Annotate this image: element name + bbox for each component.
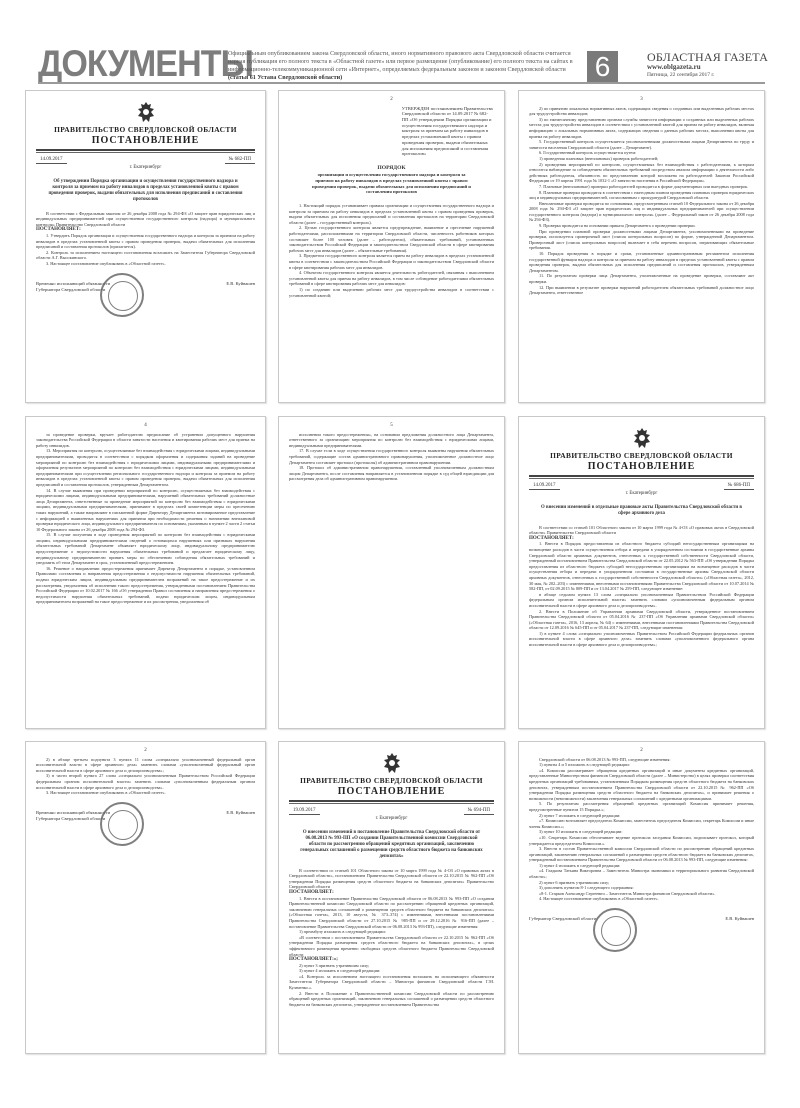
paragraph: за проведение проверки, вручает работода… (36, 432, 255, 449)
date-number-line: 19.09.2017№ 694-ПП (289, 807, 494, 815)
paragraph: 16. Решение о направлении предостережени… (36, 566, 255, 605)
document-type: ПОСТАНОВЛЕНИЕ (36, 134, 255, 147)
page-number-label: 5 (289, 423, 494, 429)
coat-of-arms-icon (381, 752, 403, 774)
section-heading: ПОРЯДОК (289, 165, 494, 172)
document-date: 19.09.2017 (289, 807, 320, 815)
paragraph: 1) по созданию или выделению рабочих мес… (289, 287, 494, 298)
header-rule-thin (529, 478, 754, 479)
paragraph: 3. Настоящее постановление опубликовать … (36, 261, 255, 267)
paragraph: 1. Настоящий порядок устанавливает прави… (289, 203, 494, 225)
paragraph: 12. При выявлении в результате проверки … (529, 285, 754, 296)
document-682-page-2: 2УТВЕРЖДЕН постановлением Правительства … (278, 90, 505, 403)
paragraph: 1. Внести в постановление Правительства … (289, 896, 494, 930)
publication-notice: Официальным опубликованием закона Свердл… (228, 51, 573, 73)
paragraph: 8. Плановые проверки проводятся в соотве… (529, 190, 754, 201)
document-694-page-1: ПРАВИТЕЛЬСТВО СВЕРДЛОВСКОЙ ОБЛАСТИПОСТАН… (278, 741, 505, 1054)
paragraph: В соответствии с Федеральным законом от … (36, 211, 255, 228)
official-seal-icon (100, 273, 144, 317)
document-type: ПОСТАНОВЛЕНИЕ (529, 460, 754, 473)
paragraph: 2) проведения мероприятий по контролю, о… (529, 162, 754, 184)
signature-block: Временно исполняющий обязанности Губерна… (36, 281, 255, 293)
government-name: ПРАВИТЕЛЬСТВО СВЕРДЛОВСКОЙ ОБЛАСТИ (289, 776, 494, 785)
paragraph: 13. Мероприятия по контролю, осуществляе… (36, 448, 255, 487)
section-title: ДОКУМЕНТЫ (38, 46, 253, 82)
paragraph: 18. Протокол об административном правона… (289, 465, 494, 482)
document-type: ПОСТАНОВЛЕНИЕ (289, 785, 494, 798)
government-name: ПРАВИТЕЛЬСТВО СВЕРДЛОВСКОЙ ОБЛАСТИ (36, 125, 255, 134)
paragraph: «7. Комиссию возглавляет председатель Ко… (529, 818, 754, 829)
paragraph: «4. Гладкова Татьяна Викторовна – Замест… (529, 868, 754, 879)
issue-date: Пятница, 22 сентября 2017 г. (647, 72, 714, 78)
coat-of-arms-icon (135, 101, 157, 123)
date-number-line: 14.09.2017№ 686-ПП (529, 482, 754, 490)
paragraph: 2. Контроль за исполнением настоящего по… (36, 250, 255, 261)
document-date: 14.09.2017 (36, 156, 67, 164)
document-686-page-2: 22) в абзаце третьем подпункта 3 пункта … (25, 741, 266, 1054)
date-number-line: 14.09.2017№ 682-ПП (36, 156, 255, 164)
paragraph: в абзаце седьмом пункта 13 слова «специа… (529, 592, 754, 609)
header-rule (36, 149, 255, 151)
official-seal-icon (593, 908, 637, 952)
document-682-page-5: 5исполнении такого предостережения», на … (278, 416, 505, 729)
document-682-page-1: ПРАВИТЕЛЬСТВО СВЕРДЛОВСКОЙ ОБЛАСТИПОСТАН… (25, 90, 266, 403)
paragraph: исполнении такого предостережения», на о… (289, 432, 494, 449)
header-rule (289, 800, 494, 802)
paragraph: 3. Настоящее постановление опубликовать … (36, 790, 255, 796)
page-number-label: 2 (529, 748, 754, 754)
paragraph: 3) в части второй пункта 27 слова «специ… (36, 773, 255, 790)
paragraph: 10. Порядок проведения в порядке и сроки… (529, 251, 754, 273)
document-682-page-4: 4за проведение проверки, вручает работод… (25, 416, 266, 729)
paragraph: 4. Настоящее постановление опубликовать … (529, 896, 754, 902)
section-subheading: организации и осуществления государствен… (309, 172, 474, 195)
signature-block: Временно исполняющий обязанности Губерна… (36, 810, 255, 822)
document-title: О внесении изменений в отдельные правовы… (539, 505, 744, 517)
paragraph: 4. Объектом государственного контроля яв… (289, 270, 494, 287)
document-city: г. Екатеринбург (289, 816, 494, 822)
paragraph: 3. Предметом государственного контроля я… (289, 253, 494, 270)
paragraph: 2. Внести в Положение об Управлении архи… (529, 609, 754, 631)
paragraph: «В соответствии с постановлением Правите… (289, 935, 494, 957)
paragraph: 5. Государственный контроль осуществляет… (529, 139, 754, 150)
paragraph: В соответствии со статьей 101 Областного… (529, 525, 754, 536)
paragraph: «10. Секретарь Комиссии обеспечивает вед… (529, 835, 754, 846)
document-682-page-3: 32) по принятию локальных нормативных ак… (518, 90, 765, 403)
paragraph: 5. По результатам рассмотрения обращений… (529, 801, 754, 812)
paragraph: 17. В случае если в ходе осуществления г… (289, 448, 494, 465)
coat-of-arms-icon (631, 427, 653, 449)
paragraph: 14. В случае выявления при проведении ме… (36, 488, 255, 533)
page-number-label: 4 (36, 423, 255, 429)
paragraph: 3. Внести в состав Правительственной ком… (529, 846, 754, 863)
document-title: Об утверждении Порядка организации и осу… (46, 179, 245, 203)
paragraph: 1) в пункте 4 слова «специально уполномо… (529, 631, 754, 648)
header-rule (529, 475, 754, 477)
paragraph: 3) по ежемесячному представлению органам… (529, 117, 754, 139)
masthead-description: Официальным опубликованием закона Свердл… (228, 50, 583, 82)
paragraph: 2. Внести в Положение о Правительственно… (289, 991, 494, 1008)
page-number-label: 3 (529, 97, 754, 103)
paragraph: «4. Комиссия рассматривает обращения кре… (529, 768, 754, 802)
newspaper-masthead: ДОКУМЕНТЫ Официальным опубликованием зак… (0, 0, 800, 86)
document-date: 14.09.2017 (529, 482, 560, 490)
charter-reference: (статья 61 Устава Свердловской области) (228, 75, 342, 81)
paragraph: При проведении плановой проверки должнос… (529, 229, 754, 251)
paragraph: 15. В случае получения в ходе проведения… (36, 532, 255, 566)
header-rule-thin (289, 803, 494, 804)
paragraph: В соответствии со статьей 101 Областного… (289, 868, 494, 890)
header-rule-thin (36, 152, 255, 153)
paragraph: 11. По результатам проверки лица Департа… (529, 273, 754, 284)
document-686-page-1: ПРАВИТЕЛЬСТВО СВЕРДЛОВСКОЙ ОБЛАСТИПОСТАН… (518, 416, 765, 729)
signer-name: Е.В. Куйвашев (226, 281, 255, 293)
page-number-label: 2 (36, 748, 255, 754)
masthead-divider (38, 82, 765, 84)
paragraph: Внеплановые проверки проводятся по основ… (529, 201, 754, 223)
paragraph: «4. Контроль за исполнением настоящего п… (289, 974, 494, 991)
government-name: ПРАВИТЕЛЬСТВО СВЕРДЛОВСКОЙ ОБЛАСТИ (529, 451, 754, 460)
signer-name: Е.В. Куйвашев (725, 916, 754, 922)
document-city: г. Екатеринбург (36, 165, 255, 171)
document-number: № 682-ПП (225, 156, 255, 164)
document-city: г. Екатеринбург (529, 491, 754, 497)
document-title: О внесении изменений в постановление Пра… (299, 830, 484, 860)
page-number-label: 2 (289, 97, 494, 103)
page-number: 6 (587, 51, 618, 82)
paragraph: 2) в абзаце третьем подпункта 3 пункта 1… (36, 757, 255, 774)
paragraph: 7. Плановые (внеплановые) проверки работ… (529, 184, 754, 190)
paragraph: 1. Утвердить Порядок организации и осуще… (36, 233, 255, 250)
paragraph: 2) по принятию локальных нормативных акт… (529, 106, 754, 117)
newspaper-url: www.oblgazeta.ru (647, 63, 701, 71)
approval-stamp-text: УТВЕРЖДЕН постановлением Правительства С… (402, 106, 494, 157)
paragraph: 1. Внести в Порядок предоставления из об… (529, 541, 754, 591)
signer-name: Е.В. Куйвашев (226, 810, 255, 822)
signature-block: Губернатор Свердловской областиЕ.В. Куйв… (529, 916, 754, 922)
document-number: № 686-ПП (724, 482, 754, 490)
paragraph: 2. Целью государственного контроля являе… (289, 225, 494, 253)
official-seal-icon (100, 802, 144, 846)
document-number: № 694-ПП (464, 807, 494, 815)
document-694-page-2: 2Свердловской области от 06.08.2013 № 99… (518, 741, 765, 1054)
